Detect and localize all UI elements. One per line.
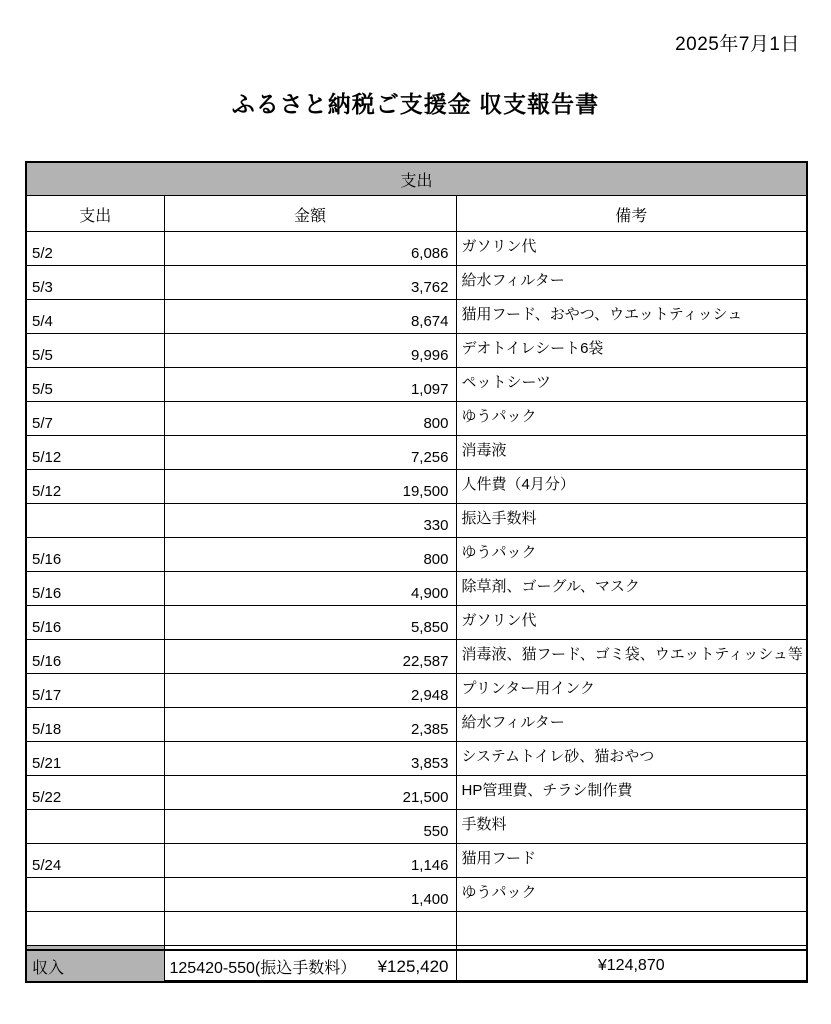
expense-note-cell: 給水フィルター [456,708,807,742]
expense-note-cell: ゆうパック [456,538,807,572]
expense-amount-cell: 7,256 [164,436,456,470]
expense-date-cell: 5/21 [26,742,164,776]
expense-note-cell: プリンター用インク [456,674,807,708]
table-row: 5/48,674猫用フード、おやつ、ウエットティッシュ [26,300,807,334]
expense-date-cell: 5/7 [26,402,164,436]
expense-date-cell: 5/17 [26,674,164,708]
expense-amount-cell [164,912,456,946]
table-row: 5/127,256消毒液 [26,436,807,470]
expense-amount-cell: 330 [164,504,456,538]
table-row: 5/1219,500人件費（4月分） [26,470,807,504]
expense-date-cell: 5/16 [26,572,164,606]
expense-date-cell: 5/18 [26,708,164,742]
table-row: 5/213,853システムトイレ砂、猫おやつ [26,742,807,776]
expense-amount-cell: 550 [164,810,456,844]
expense-amount-cell: 4,900 [164,572,456,606]
expense-note-cell: 人件費（4月分） [456,470,807,504]
expense-date-cell: 5/16 [26,640,164,674]
expense-note-cell: ゆうパック [456,402,807,436]
expense-amount-cell: 6,086 [164,232,456,266]
expense-note-cell: 猫用フード、おやつ、ウエットティッシュ [456,300,807,334]
table-row: 5/241,146猫用フード [26,844,807,878]
expense-amount-cell: 2,948 [164,674,456,708]
expense-note-cell: HP管理費、チラシ制作費 [456,776,807,810]
expense-amount-cell: 1,146 [164,844,456,878]
expense-section-header: 支出 [26,162,807,196]
expense-amount-cell: 1,097 [164,368,456,402]
expense-amount-cell: 2,385 [164,708,456,742]
column-header-date: 支出 [26,196,164,232]
expense-amount-cell: 800 [164,538,456,572]
page-title: ふるさと納税ご支援金 収支報告書 [0,86,831,119]
table-row: 5/2221,500HP管理費、チラシ制作費 [26,776,807,810]
expense-note-cell: ガソリン代 [456,232,807,266]
expense-note-cell: ペットシーツ [456,368,807,402]
expense-date-cell: 5/22 [26,776,164,810]
table-row: 5/182,385給水フィルター [26,708,807,742]
expense-date-cell: 5/12 [26,470,164,504]
expense-date-cell: 5/16 [26,606,164,640]
table-row: 1,400ゆうパック [26,878,807,912]
table-row: 5/172,948プリンター用インク [26,674,807,708]
income-label: 収入 [26,950,164,982]
table-row: 5/165,850ガソリン代 [26,606,807,640]
expense-date-cell: 5/16 [26,538,164,572]
expense-date-cell: 5/5 [26,368,164,402]
expense-table: 支出 支出 金額 備考 5/26,086ガソリン代5/33,762給水フィルター… [25,161,808,982]
table-row: 5/1622,587消毒液、猫フード、ゴミ袋、ウエットティッシュ等 [26,640,807,674]
expense-note-cell: 消毒液 [456,436,807,470]
table-row: 5/164,900除草剤、ゴーグル、マスク [26,572,807,606]
table-row: 330振込手数料 [26,504,807,538]
expense-date-cell [26,878,164,912]
expense-note-cell: 除草剤、ゴーグル、マスク [456,572,807,606]
expense-amount-cell: 9,996 [164,334,456,368]
income-table: 収入 125420-550(振込手数料） ¥124,870 [25,949,808,983]
expense-note-cell: 振込手数料 [456,504,807,538]
expense-amount-cell: 3,853 [164,742,456,776]
expense-note-cell: 猫用フード [456,844,807,878]
table-row: 5/7800ゆうパック [26,402,807,436]
table-row: 5/59,996デオトイレシート6袋 [26,334,807,368]
expense-amount-cell: 3,762 [164,266,456,300]
income-amount: ¥124,870 [456,950,807,982]
table-row: 5/16800ゆうパック [26,538,807,572]
expense-note-cell: デオトイレシート6袋 [456,334,807,368]
expense-note-cell: 手数料 [456,810,807,844]
expense-date-cell [26,912,164,946]
expense-date-cell [26,504,164,538]
expense-section-band: 支出 [26,162,807,196]
table-row: 5/51,097ペットシーツ [26,368,807,402]
expense-amount-cell: 8,674 [164,300,456,334]
expense-note-cell: システムトイレ砂、猫おやつ [456,742,807,776]
table-row: 550手数料 [26,810,807,844]
table-row: 5/26,086ガソリン代 [26,232,807,266]
expense-date-cell: 5/12 [26,436,164,470]
expense-date-cell: 5/5 [26,334,164,368]
expense-note-cell: ゆうパック [456,878,807,912]
expense-date-cell: 5/24 [26,844,164,878]
expense-date-cell: 5/3 [26,266,164,300]
table-row [26,912,807,946]
expense-note-cell [456,912,807,946]
income-row: 収入 125420-550(振込手数料） ¥124,870 [26,950,807,982]
expense-amount-cell: 5,850 [164,606,456,640]
expense-amount-cell: 19,500 [164,470,456,504]
income-calculation: 125420-550(振込手数料） [164,950,456,982]
expense-note-cell: 給水フィルター [456,266,807,300]
table-row: 5/33,762給水フィルター [26,266,807,300]
expense-amount-cell: 1,400 [164,878,456,912]
expense-date-cell: 5/4 [26,300,164,334]
expense-note-cell: 消毒液、猫フード、ゴミ袋、ウエットティッシュ等 [456,640,807,674]
expense-note-cell: ガソリン代 [456,606,807,640]
expense-amount-cell: 800 [164,402,456,436]
column-header-note: 備考 [456,196,807,232]
expense-amount-cell: 21,500 [164,776,456,810]
document-date: 2025年7月1日 [675,29,800,56]
expense-amount-cell: 22,587 [164,640,456,674]
expense-date-cell [26,810,164,844]
column-header-amount: 金額 [164,196,456,232]
expense-column-header-row: 支出 金額 備考 [26,196,807,232]
report-page: 2025年7月1日 ふるさと納税ご支援金 収支報告書 支出 支出 金額 備考 5… [0,0,831,1024]
expense-date-cell: 5/2 [26,232,164,266]
